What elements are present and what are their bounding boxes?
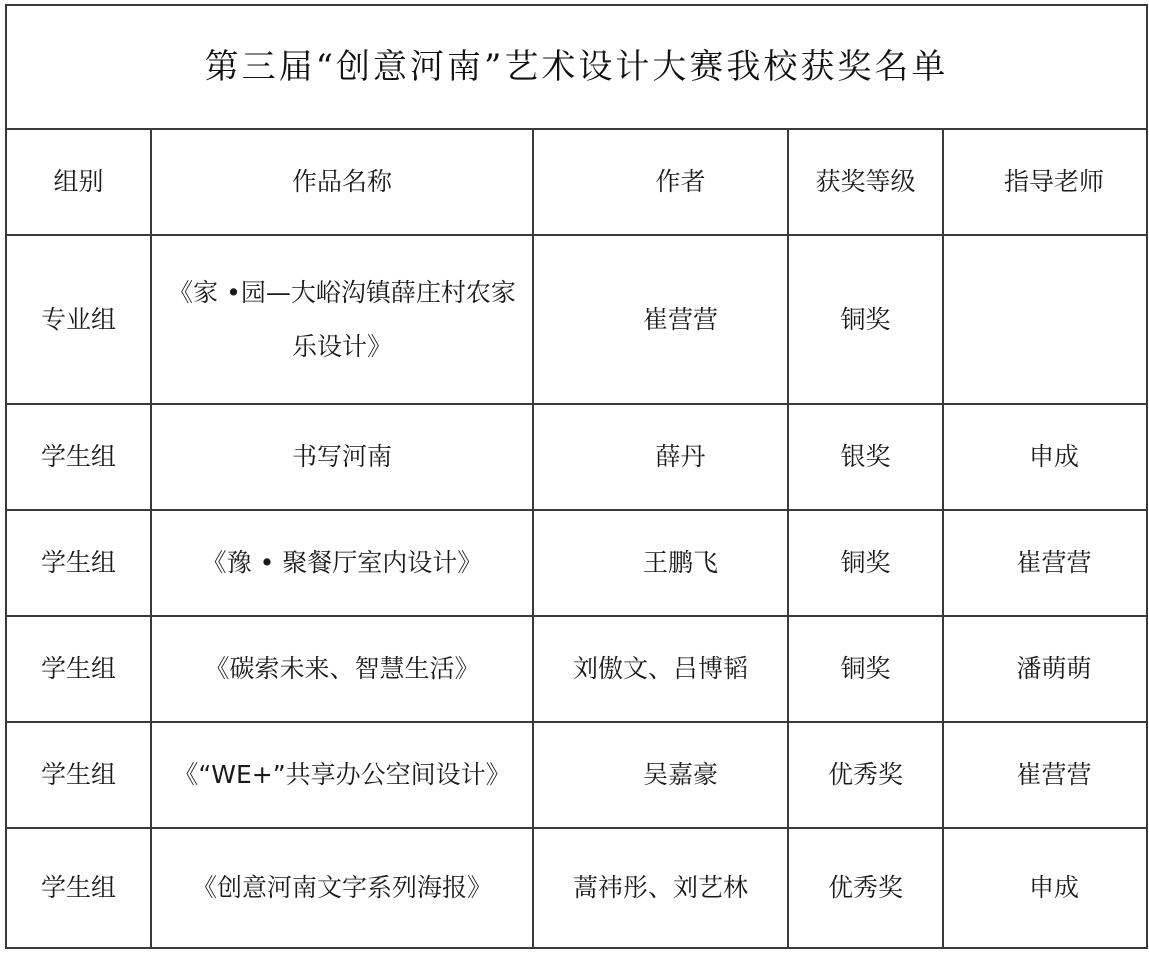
cell-author: 崔营营 [533,235,788,404]
header-teacher: 指导老师 [943,129,1147,235]
cell-group: 学生组 [6,510,151,616]
cell-level: 铜奖 [788,235,943,404]
cell-author: 吴嘉豪 [533,722,788,828]
header-group: 组别 [6,129,151,235]
cell-group: 专业组 [6,235,151,404]
cell-author: 蒿祎彤、刘艺林 [533,828,788,948]
cell-level: 优秀奖 [788,828,943,948]
header-author: 作者 [533,129,788,235]
cell-work: 《创意河南文字系列海报》 [151,828,533,948]
header-work: 作品名称 [151,129,533,235]
table-row: 学生组 《豫 • 聚餐厅室内设计》 王鹏飞 铜奖 崔营营 [6,510,1147,616]
table-row: 学生组 《“WE+”共享办公空间设计》 吴嘉豪 优秀奖 崔营营 [6,722,1147,828]
cell-author: 王鹏飞 [533,510,788,616]
cell-group: 学生组 [6,616,151,722]
document-title: 第三届“创意河南”艺术设计大赛我校获奖名单 [6,5,1147,129]
cell-level: 铜奖 [788,616,943,722]
cell-work: 《家 •园—大峪沟镇薛庄村农家乐设计》 [151,235,533,404]
cell-teacher [943,235,1147,404]
award-list-table: 第三届“创意河南”艺术设计大赛我校获奖名单 组别 作品名称 作者 获奖等级 指导… [5,4,1148,949]
cell-teacher: 崔营营 [943,722,1147,828]
cell-level: 银奖 [788,404,943,510]
table-row: 学生组 《碳索未来、智慧生活》 刘傲文、吕博韬 铜奖 潘萌萌 [6,616,1147,722]
title-row: 第三届“创意河南”艺术设计大赛我校获奖名单 [6,5,1147,129]
cell-work: 《碳索未来、智慧生活》 [151,616,533,722]
cell-group: 学生组 [6,404,151,510]
cell-work: 《豫 • 聚餐厅室内设计》 [151,510,533,616]
header-level: 获奖等级 [788,129,943,235]
cell-level: 优秀奖 [788,722,943,828]
cell-author: 刘傲文、吕博韬 [533,616,788,722]
cell-teacher: 潘萌萌 [943,616,1147,722]
cell-teacher: 申成 [943,828,1147,948]
cell-group: 学生组 [6,722,151,828]
cell-level: 铜奖 [788,510,943,616]
cell-work: 《“WE+”共享办公空间设计》 [151,722,533,828]
cell-author: 薛丹 [533,404,788,510]
table-row: 学生组 书写河南 薛丹 银奖 申成 [6,404,1147,510]
table-row: 专业组 《家 •园—大峪沟镇薛庄村农家乐设计》 崔营营 铜奖 [6,235,1147,404]
cell-teacher: 崔营营 [943,510,1147,616]
cell-work: 书写河南 [151,404,533,510]
cell-group: 学生组 [6,828,151,948]
table-header-row: 组别 作品名称 作者 获奖等级 指导老师 [6,129,1147,235]
cell-teacher: 申成 [943,404,1147,510]
table-row: 学生组 《创意河南文字系列海报》 蒿祎彤、刘艺林 优秀奖 申成 [6,828,1147,948]
